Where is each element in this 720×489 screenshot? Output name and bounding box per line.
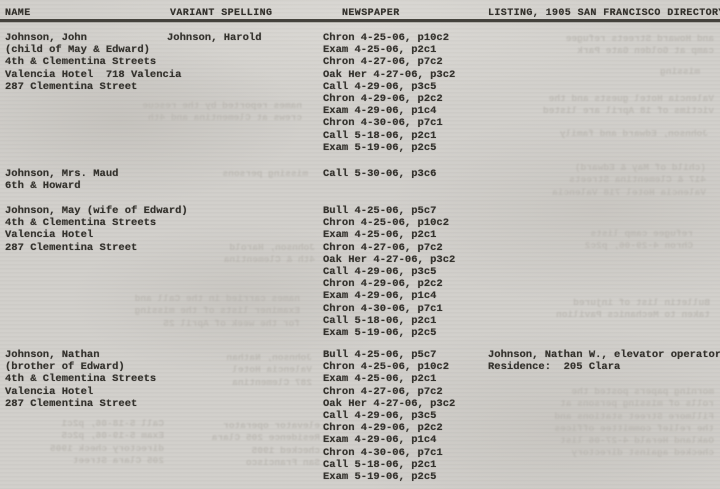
text-line: the relief committee offices: [484, 423, 714, 435]
text-line: Call 5-18-06, p2c1: [4, 418, 164, 430]
text-line: missing persons: [178, 168, 308, 180]
text-line: Chron 4-30-06, p7c1: [323, 303, 455, 315]
text-line: Johnson, Nathan W., elevator operator: [488, 349, 720, 361]
directory-listing-lines: Johnson, Nathan W., elevator operatorRes…: [488, 349, 720, 373]
text-line: Exam 5-19-06, p2c5: [323, 471, 455, 483]
newspaper-citation-lines: Bull 4-25-06, p5c7Chron 4-25-06, p10c2Ex…: [323, 205, 455, 339]
column-header-variant-spelling: VARIANT SPELLING: [170, 8, 272, 19]
text-line: Valencia Hotel 718 Valencia: [5, 69, 181, 81]
text-line: 205 Clara Street: [4, 455, 164, 467]
text-line: Exam 4-29-06, p1c4: [323, 434, 455, 446]
text-line: Bull 4-25-06, p5c7: [323, 349, 455, 361]
variant-spelling-lines: Johnson, Harold: [167, 32, 262, 44]
text-line: Chron 4-27-06, p7c2: [323, 242, 455, 254]
text-line: Call 5-18-06, p2c1: [323, 315, 455, 327]
text-line: Exam 4-29-06, p1c4: [323, 105, 455, 117]
newspaper-citation-lines: Chron 4-25-06, p10c2Exam 4-25-06, p2c1Ch…: [323, 32, 455, 154]
text-line: Exam 4-29-06, p1c4: [323, 290, 455, 302]
text-line: Valencia Hotel 718 Valencia: [488, 187, 706, 199]
text-line: 4th & Clementina Streets: [5, 217, 188, 229]
text-line: Johnson, Nathan: [172, 352, 312, 364]
text-line: names carried in the Call and: [15, 293, 300, 305]
bleedthrough-text: refugee camp listsChron 4-29-06, p2c2: [488, 228, 693, 253]
bleedthrough-text: Johnson, Edward and family: [488, 128, 708, 140]
text-line: names reported by the rescue: [12, 100, 302, 112]
text-line: Johnson, Harold: [167, 32, 262, 44]
bleedthrough-text: names carried in the Call andExaminer li…: [15, 293, 300, 330]
text-line: Call 5-18-06, p2c1: [323, 130, 455, 142]
text-line: Oakland Herald 4-27-06 list: [484, 435, 714, 447]
text-line: Chron 4-27-06, p7c2: [323, 386, 455, 398]
text-line: Examiner lists of the missing: [15, 305, 300, 317]
text-line: 417 & Clementina Streets: [488, 174, 706, 186]
bleedthrough-text: morning papers posted therolls of missin…: [484, 386, 714, 460]
text-line: Chron 4-30-06, p7c1: [323, 117, 455, 129]
text-line: Chron 4-25-06, p10c2: [323, 32, 455, 44]
text-line: Call 4-29-06, p3c5: [323, 410, 455, 422]
newspaper-citation-lines: Call 5-30-06, p3c6: [323, 168, 436, 180]
bleedthrough-text: Johnson, NathanValencia Hotel287 Clement…: [172, 352, 312, 389]
name-address-lines: Johnson, May (wife of Edward)4th & Cleme…: [5, 205, 188, 254]
text-line: Exam 5-19-06, p2c5: [323, 142, 455, 154]
column-header-newspaper: NEWSPAPER: [342, 8, 400, 19]
text-line: checked against directory: [484, 447, 714, 459]
text-line: Valencia Hotel guests and the: [488, 93, 714, 105]
text-line: Chron 4-30-06, p7c1: [323, 447, 455, 459]
name-address-lines: Johnson, Nathan(brother of Edward)4th & …: [5, 349, 156, 410]
text-line: directory check 1905: [4, 443, 164, 455]
text-line: refugee camp lists: [488, 228, 693, 240]
text-line: Chron 4-25-06, p10c2: [323, 217, 455, 229]
bleedthrough-text: Bulletin list of injuredtaken to Mechani…: [488, 297, 710, 322]
text-line: 4th & Clementina Streets: [5, 373, 156, 385]
column-header-listing: LISTING, 1905 SAN FRANCISCO DIRECTORY: [488, 8, 720, 19]
text-line: Bulletin list of injured: [488, 297, 710, 309]
text-line: checked 1905: [170, 445, 320, 457]
text-line: Call 5-30-06, p3c6: [323, 168, 436, 180]
text-line: Oak Her 4-27-06, p3c2: [323, 254, 455, 266]
text-line: Residence 205 Clara: [170, 432, 320, 444]
text-line: and Howard Streets refugee: [488, 33, 714, 45]
text-line: 287 Clementina: [172, 377, 312, 389]
text-line: Valencia Hotel: [172, 364, 312, 376]
text-line: rolls of missing persons at: [484, 398, 714, 410]
text-line: 287 Clementina Street: [5, 81, 181, 93]
name-address-lines: Johnson, Mrs. Maud6th & Howard: [5, 168, 118, 192]
bleedthrough-text: missing persons: [178, 168, 308, 180]
text-line: 6th & Howard: [5, 180, 118, 192]
header-underline: [0, 19, 720, 22]
bleedthrough-text: names reported by the rescuecrews at Cle…: [12, 100, 302, 125]
text-line: (brother of Edward): [5, 361, 156, 373]
text-line: Chron 4-29-06, p2c2: [488, 240, 693, 252]
text-line: Chron 4-29-06, p2c2: [323, 422, 455, 434]
name-address-lines: Johnson, John(child of May & Edward)4th …: [5, 32, 181, 93]
bleedthrough-text: missing: [500, 66, 700, 78]
text-line: elevator operator: [170, 420, 320, 432]
text-line: Chron 4-27-06, p7c2: [323, 56, 455, 68]
text-line: Fillmore Street stations and: [484, 411, 714, 423]
text-line: Johnson, John: [5, 32, 181, 44]
text-line: 287 Clementina Street: [5, 242, 188, 254]
text-line: for the week of April 25: [15, 318, 300, 330]
text-line: Exam 4-25-06, p2c1: [323, 44, 455, 56]
text-line: Johnson, Mrs. Maud: [5, 168, 118, 180]
text-line: Bull 4-25-06, p5c7: [323, 205, 455, 217]
text-line: morning papers posted the: [484, 386, 714, 398]
text-line: 4th & Clementina Streets: [5, 56, 181, 68]
text-line: Johnson, Harold: [170, 242, 315, 254]
text-line: Call 5-18-06, p2c1: [323, 459, 455, 471]
text-line: (child of May & Edward): [5, 44, 181, 56]
text-line: Johnson, May (wife of Edward): [5, 205, 188, 217]
text-line: Exam 4-25-06, p2c1: [323, 373, 455, 385]
text-line: Exam 5-19-06, p2c5: [4, 430, 164, 442]
text-line: Oak Her 4-27-06, p3c2: [323, 69, 455, 81]
newspaper-citation-lines: Bull 4-25-06, p5c7Chron 4-25-06, p10c2Ex…: [323, 349, 455, 483]
bleedthrough-text: elevator operatorResidence 205 Clarachec…: [170, 420, 320, 469]
text-line: Johnson, Edward and family: [488, 128, 708, 140]
bleedthrough-text: Call 5-18-06, p2c1Exam 5-19-06, p2c5dire…: [4, 418, 164, 467]
text-line: 287 Clementina Street: [5, 398, 156, 410]
bleedthrough-text: (child of May & Edward)417 & Clementina …: [488, 162, 706, 199]
text-line: victims of 18 April are listed: [488, 105, 714, 117]
text-line: Call 4-29-06, p3c5: [323, 81, 455, 93]
text-line: Chron 4-25-06, p10c2: [323, 361, 455, 373]
text-line: taken to Mechanics Pavilion: [488, 309, 710, 321]
text-line: Exam 4-25-06, p2c1: [323, 229, 455, 241]
bleedthrough-text: and Howard Streets refugeecamp at Golden…: [488, 33, 714, 58]
text-line: Chron 4-29-06, p2c2: [323, 278, 455, 290]
text-line: Valencia Hotel: [5, 229, 188, 241]
text-line: 4th & Clementina: [170, 254, 315, 266]
text-line: Valencia Hotel: [5, 386, 156, 398]
text-line: (child of May & Edward): [488, 162, 706, 174]
text-line: Call 4-29-06, p3c5: [323, 266, 455, 278]
text-line: Johnson, Nathan: [5, 349, 156, 361]
text-line: crews at Clementina and 4th: [12, 112, 302, 124]
bleedthrough-text: Johnson, Harold4th & Clementina: [170, 242, 315, 267]
scanned-document-page: and Howard Streets refugeecamp at Golden…: [0, 0, 720, 489]
text-line: camp at Golden Gate Park: [488, 45, 714, 57]
text-line: Chron 4-29-06, p2c2: [323, 93, 455, 105]
text-line: Exam 5-19-06, p2c5: [323, 327, 455, 339]
text-line: San Francisco: [170, 457, 320, 469]
text-line: Oak Her 4-27-06, p3c2: [323, 398, 455, 410]
bleedthrough-text: Valencia Hotel guests and thevictims of …: [488, 93, 714, 118]
text-line: Residence: 205 Clara: [488, 361, 720, 373]
column-header-name: NAME: [5, 8, 31, 19]
text-line: missing: [500, 66, 700, 78]
